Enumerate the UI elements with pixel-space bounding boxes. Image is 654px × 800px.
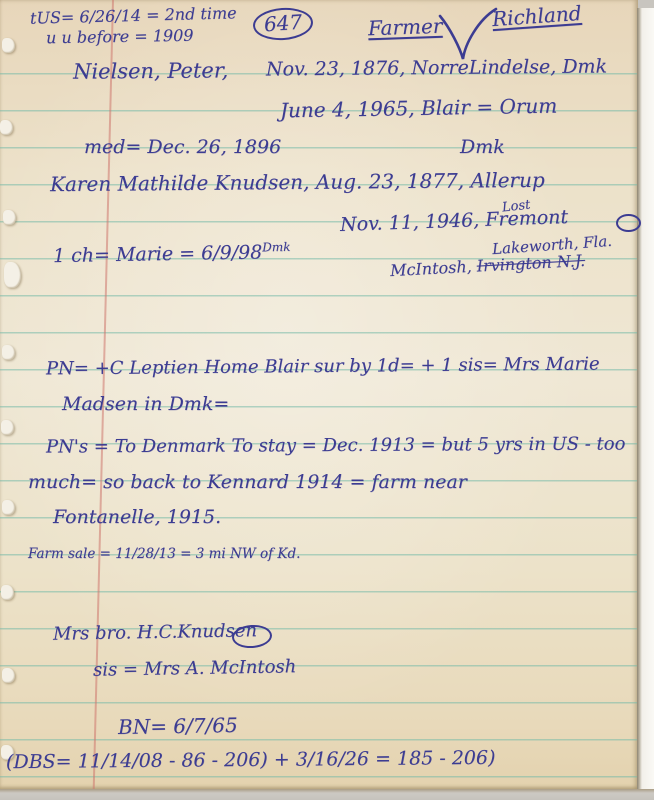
child-entry-text: 1 ch= Marie = 6/9/98 [53,241,263,267]
page-number: 647 [252,6,314,42]
occupation-label: Farmer [368,14,443,41]
binding-hole [3,210,16,225]
binding-hole [4,262,21,288]
marriage-date: med= Dec. 26, 1896 [84,136,281,158]
note-denmark-line1: PN's = To Denmark To stay = Dec. 1913 = … [46,433,626,457]
oval-mark-icon [616,214,641,232]
relative-brother: Mrs bro. H.C.Knudsen [53,620,257,645]
binding-hole [2,668,15,683]
page-number-circle: 647 [252,6,314,42]
husband-death: June 4, 1965, Blair = Orum [280,94,558,123]
binding-hole [1,585,14,600]
scan-background-bottom [0,789,654,800]
binding-hole [2,345,15,360]
footer-bn-reference: BN= 6/7/65 [118,713,238,739]
note-denmark-line3: Fontanelle, 1915. [53,506,221,528]
scanned-notebook-page: { "document_type": "handwritten genealog… [0,0,654,800]
us-entry-note-line2: u u before = 1909 [46,26,194,48]
binding-hole [2,38,15,53]
marriage-place: Dmk [460,136,505,158]
note-denmark-line2: much= so back to Kennard 1914 = farm nea… [28,471,467,493]
footer-dbs-reference: (DBS= 11/14/08 - 86 - 206) + 3/16/26 = 1… [6,747,496,773]
check-stroke-icon [436,6,500,64]
child-entry-place: Dmk [262,240,291,254]
wife-name-birth: Karen Mathilde Knudsen, Aug. 23, 1877, A… [50,168,545,196]
binding-hole [1,420,14,435]
relative-sister: sis = Mrs A. McIntosh [93,656,297,681]
binding-hole [0,120,13,135]
note-pn-line2: Madsen in Dmk= [62,393,229,415]
husband-name: Nielsen, Peter, [73,58,228,83]
next-page-edge [637,8,654,800]
farm-sale-note: Farm sale = 11/28/13 = 3 mi NW of Kd. [28,546,300,562]
child-entry: 1 ch= Marie = 6/9/98Dmk [53,241,291,267]
wife-death-note: Lost [501,198,531,216]
husband-birth: Nov. 23, 1876, NorreLindelse, Dmk [266,56,607,81]
binding-hole [2,500,15,515]
